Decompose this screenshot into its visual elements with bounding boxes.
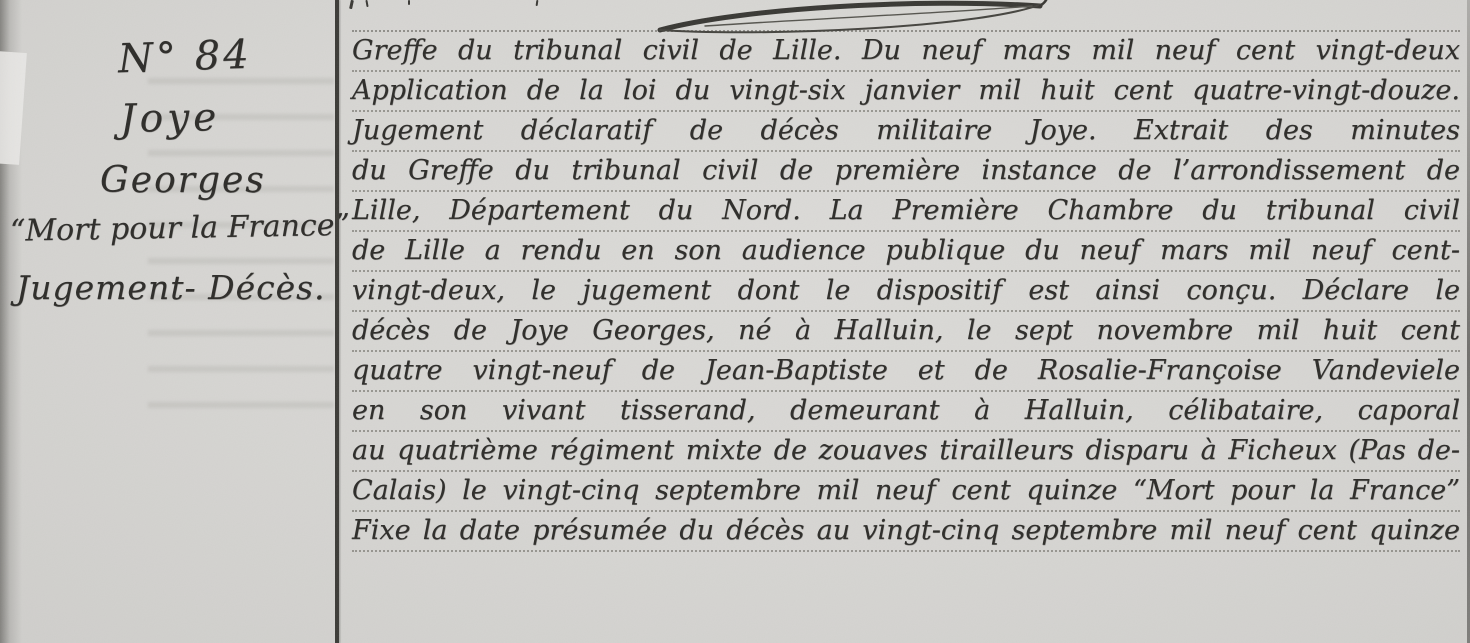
handwritten-line: Lille, Département du Nord. La Première …	[352, 192, 1460, 232]
handwritten-line: Fixe la date présumée du décès au vingt-…	[352, 512, 1460, 552]
handwritten-line: du Greffe du tribunal civil de première …	[352, 152, 1460, 192]
cutoff-stroke-fragment	[536, 0, 539, 6]
margin-given-name: Georges	[100, 160, 266, 201]
margin-divider-rule	[335, 0, 339, 643]
handwritten-line: Calais) le vingt-cinq septembre mil neuf…	[352, 472, 1460, 512]
handwritten-line: Application de la loi du vingt-six janvi…	[352, 72, 1460, 112]
handwritten-line: en son vivant tisserand, demeurant à Hal…	[352, 392, 1460, 432]
margin-act-type: Jugement- Décès.	[16, 268, 326, 307]
handwritten-line: quatre vingt-neuf de Jean-Baptiste et de…	[352, 352, 1460, 392]
cutoff-stroke-fragment	[408, 0, 410, 5]
margin-mention-mort-pour-la-france: “Mort pour la France”	[10, 208, 329, 249]
cutoff-stroke-fragment	[365, 0, 368, 7]
body-column: Greffe du tribunal civil de Lille. Du ne…	[352, 30, 1460, 552]
handwritten-line: au quatrième régiment mixte de zouaves t…	[352, 432, 1460, 472]
handwritten-line: Jugement déclaratif de décès militaire J…	[352, 112, 1460, 152]
handwritten-line: vingt-deux, le jugement dont le disposit…	[352, 272, 1460, 312]
margin-column: N° 84 Joye Georges “Mort pour la France”…	[0, 0, 336, 643]
handwritten-line: Greffe du tribunal civil de Lille. Du ne…	[352, 32, 1460, 72]
handwritten-line: de Lille a rendu en son audience publiqu…	[352, 232, 1460, 272]
handwritten-line: décès de Joye Georges, né à Halluin, le …	[352, 312, 1460, 352]
cutoff-stroke-fragment	[349, 0, 354, 9]
act-number: N° 84	[117, 32, 252, 83]
document-page: N° 84 Joye Georges “Mort pour la France”…	[0, 0, 1470, 643]
margin-surname: Joye	[120, 95, 221, 142]
